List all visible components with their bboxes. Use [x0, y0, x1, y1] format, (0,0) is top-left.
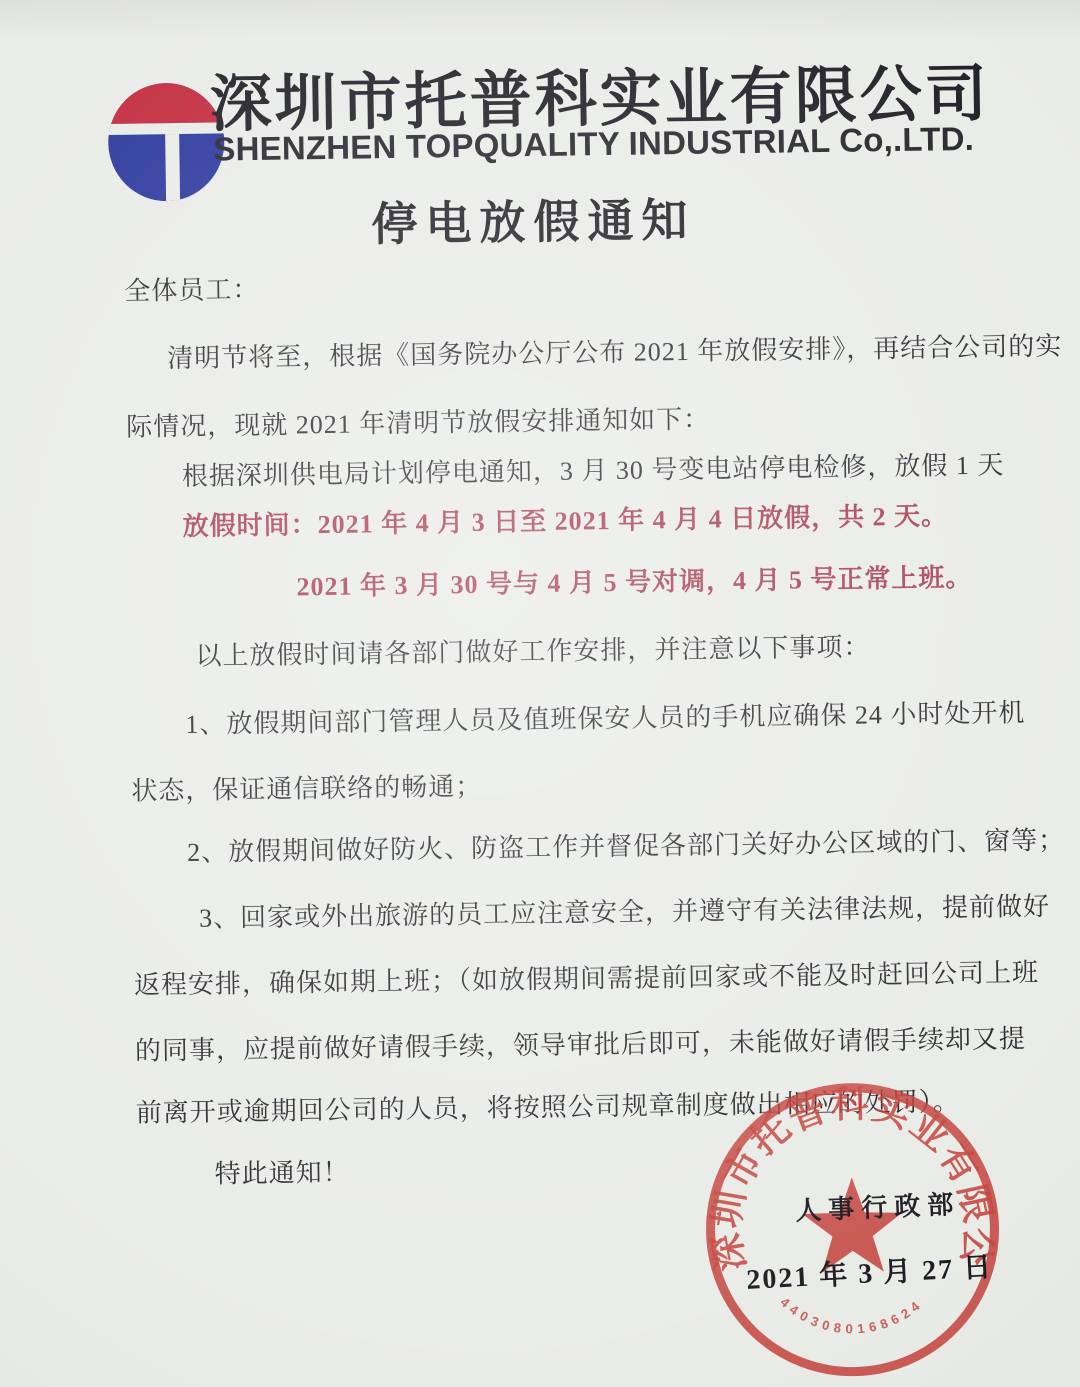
seal-department: 人事行政部	[794, 1184, 960, 1228]
body-line: 1、放假期间部门管理人员及值班保安人员的手机应确保 24 小时处开机	[130, 698, 992, 742]
body-line: 际情况，现就 2021 年清明节放假安排通知如下：	[126, 400, 988, 444]
seal-serial: 4403080168624	[777, 1292, 927, 1337]
body-line: 清明节将至，根据《国务院办公厅公布 2021 年放假安排》，再结合公司的实	[125, 332, 987, 376]
body-line: 2、放假期间做好防火、防盗工作并督促各部门关好办公区域的门、窗等；	[132, 826, 994, 870]
body-line: 3、回家或外出旅游的员工应注意安全，并遵守有关法律法规，提前做好	[133, 892, 995, 936]
company-seal: 深圳市托普科实业有限公司 4403080168624	[697, 1077, 1007, 1383]
body-line: 返程安排，确保如期上班；（如放假期间需提前回家或不能及时赶回公司上班	[134, 958, 996, 1002]
body-line-highlight: 2021 年 3 月 30 号与 4 月 5 号对调，4 月 5 号正常上班。	[128, 562, 990, 606]
body-line: 根据深圳供电局计划停电通知，3 月 30 号变电站停电检修，放假 1 天	[127, 450, 989, 494]
body-line-highlight: 放假时间：2021 年 4 月 3 日至 2021 年 4 月 4 日放假，共 …	[127, 500, 989, 544]
body-line: 的同事，应提前做好请假手续，领导审批后即可，未能做好请假手续却又提	[135, 1024, 997, 1068]
notice-title: 停电放假通知	[0, 179, 1074, 260]
salutation: 全体员工：	[124, 264, 986, 308]
body-line: 状态，保证通信联络的畅通；	[131, 764, 993, 808]
body-line: 以上放假时间请各部门做好工作安排，并注意以下事项：	[129, 630, 991, 674]
topquality-logo	[107, 82, 225, 202]
scan-paper: 深圳市托普科实业有限公司 SHENZHEN TOPQUALITY INDUSTR…	[0, 0, 1080, 1387]
logo-white-band	[108, 122, 224, 135]
logo-red-cap	[107, 82, 224, 124]
notice-scan: 深圳市托普科实业有限公司 SHENZHEN TOPQUALITY INDUSTR…	[0, 0, 1080, 1387]
